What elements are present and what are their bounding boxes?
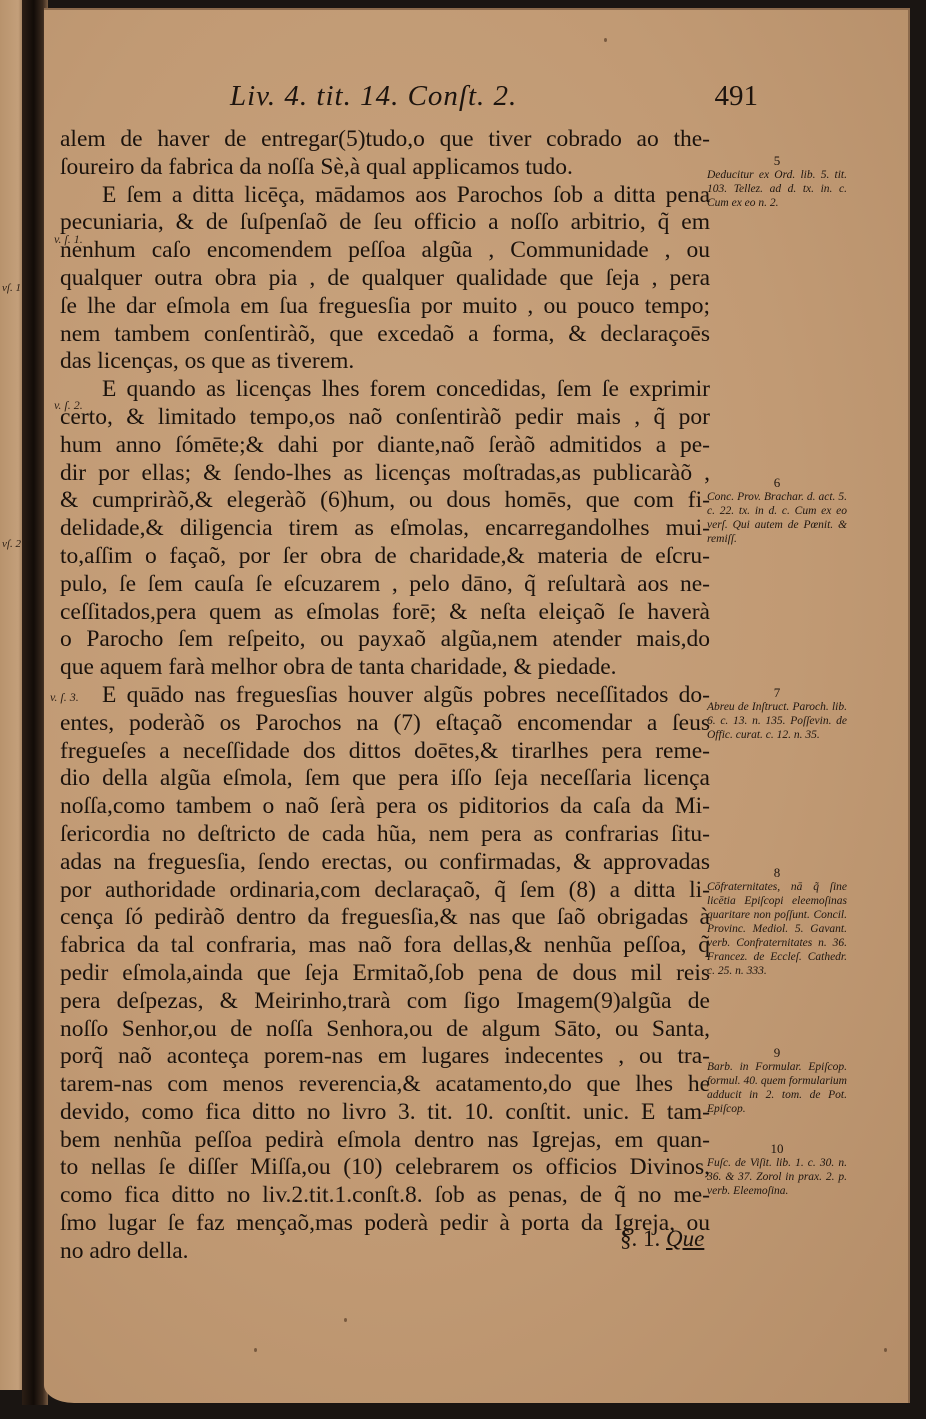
running-title: Liv. 4. tit. 14. Conſt. 2. bbox=[230, 80, 517, 113]
text-line: que aquem farà melhor obra de tanta char… bbox=[60, 654, 710, 682]
side-note-6: 6 Conc. Prov. Brachar. d. act. 5. c. 22.… bbox=[707, 476, 847, 546]
side-note-10: 10 Fuſc. de Viſit. lib. 1. c. 30. n. 36.… bbox=[707, 1142, 847, 1198]
catchword: §. 1. Que bbox=[620, 1226, 704, 1252]
text-line: to,aſſim o façaõ, por ſer obra de charid… bbox=[60, 543, 710, 571]
text-line: alem de haver de entregar(5)tudo,o que t… bbox=[60, 126, 710, 154]
page-number: 491 bbox=[715, 80, 759, 113]
text-line: pera deſpezas, & Meirinho,trarà com ſigo… bbox=[60, 988, 710, 1016]
text-line: porq̃ naõ aconteça porem-nas em lugares … bbox=[60, 1043, 710, 1071]
text-line: por authoridade ordinaria,com declaraçaõ… bbox=[60, 877, 710, 905]
text-line: pedir eſmola,ainda que ſeja Ermitaõ,ſob … bbox=[60, 960, 710, 988]
side-note-5: 5 Deducitur ex Ord. lib. 5. tit. 103. Te… bbox=[707, 154, 847, 210]
text-line: qualquer outra obra pia , de qualquer qu… bbox=[60, 265, 710, 293]
note-number: 7 bbox=[707, 686, 847, 700]
note-number: 5 bbox=[707, 154, 847, 168]
text-line: E quādo nas freguesſias houver algũs pob… bbox=[60, 682, 710, 710]
text-line: o Parocho ſem reſpeito, ou payxaõ algũa,… bbox=[60, 626, 710, 654]
text-line: fabrica da tal confraria, mas naõ fora d… bbox=[60, 932, 710, 960]
catchword-text: Que bbox=[666, 1226, 704, 1251]
text-line: noſſo Senhor,ou de noſſa Senhora,ou de a… bbox=[60, 1016, 710, 1044]
note-text: Conc. Prov. Brachar. d. act. 5. c. 22. t… bbox=[707, 490, 847, 546]
text-line: E ſem a ditta licēça, mādamos aos Paroch… bbox=[60, 182, 710, 210]
text-line: cença ſó pediràõ dentro da freguesſia,& … bbox=[60, 904, 710, 932]
text-line: dir por ellas; & ſendo-lhes as licenças … bbox=[60, 460, 710, 488]
text-line: ſmo lugar ſe faz mençaõ,mas poderà pedir… bbox=[60, 1210, 710, 1238]
text-line: to nellas ſe diſſer Miſſa,ou (10) celebr… bbox=[60, 1154, 710, 1182]
text-line: como fica ditto no liv.2.tit.1.conſt.8. … bbox=[60, 1182, 710, 1210]
text-line: no adro della. bbox=[60, 1238, 710, 1266]
facing-page-marker: vſ. 1 bbox=[2, 282, 21, 294]
note-number: 6 bbox=[707, 476, 847, 490]
section-sign: §. 1. bbox=[620, 1226, 660, 1251]
text-line: delidade,& diligencia tirem as eſmolas, … bbox=[60, 515, 710, 543]
note-text: Barb. in Formular. Epiſcop. formul. 40. … bbox=[707, 1060, 847, 1116]
note-text: Deducitur ex Ord. lib. 5. tit. 103. Tell… bbox=[707, 168, 847, 210]
text-line: entes, poderàõ os Parochos na (7) eſtaça… bbox=[60, 710, 710, 738]
facing-page-marker: vſ. 2 bbox=[2, 538, 21, 550]
note-text: Fuſc. de Viſit. lib. 1. c. 30. n. 36. & … bbox=[707, 1156, 847, 1198]
note-number: 10 bbox=[707, 1142, 847, 1156]
text-line: fregueſes a neceſſidade dos dittos doēte… bbox=[60, 738, 710, 766]
body-text: alem de haver de entregar(5)tudo,o que t… bbox=[60, 126, 710, 1266]
text-line: hum anno ſómēte;& dahi por diante,naõ ſe… bbox=[60, 432, 710, 460]
note-number: 9 bbox=[707, 1046, 847, 1060]
text-line: ſe lhe dar eſmola em ſua freguesſia por … bbox=[60, 293, 710, 321]
text-line: pulo, ſe ſem cauſa ſe eſcuzarem , pelo d… bbox=[60, 571, 710, 599]
text-line: bem nenhũa peſſoa pedirà eſmola dentro n… bbox=[60, 1127, 710, 1155]
side-note-9: 9 Barb. in Formular. Epiſcop. formul. 40… bbox=[707, 1046, 847, 1116]
text-line: nem tambem conſentiràõ, que excedaõ a fo… bbox=[60, 321, 710, 349]
text-line: E quando as licenças lhes forem concedid… bbox=[60, 376, 710, 404]
text-line: tarem-nas com menos reverencia,& acatame… bbox=[60, 1071, 710, 1099]
text-line: pecuniaria, & de ſuſpenſaõ de ſeu offici… bbox=[60, 209, 710, 237]
text-line: das licenças, os que as tiverem. bbox=[60, 348, 710, 376]
note-text: Cōfraternitates, nā q̃ ſine licētia Epiſ… bbox=[707, 880, 847, 978]
text-line: devido, como fica ditto no livro 3. tit.… bbox=[60, 1099, 710, 1127]
text-line: ſoureiro da fabrica da noſſa Sè,à qual a… bbox=[60, 154, 710, 182]
text-line: nenhum caſo encomendem peſſoa algũa , Co… bbox=[60, 237, 710, 265]
text-line: & cumpriràõ,& elegeràõ (6)hum, ou dous h… bbox=[60, 487, 710, 515]
text-line: dio della algũa eſmola, ſem que pera iſſ… bbox=[60, 765, 710, 793]
note-text: Abreu de Inſtruct. Paroch. lib. 6. c. 13… bbox=[707, 700, 847, 742]
text-line: ceſſitados,pera quem as eſmolas forē; & … bbox=[60, 599, 710, 627]
note-number: 8 bbox=[707, 866, 847, 880]
text-line: ſericordia no deſtricto de cada hũa, nem… bbox=[60, 821, 710, 849]
side-note-7: 7 Abreu de Inſtruct. Paroch. lib. 6. c. … bbox=[707, 686, 847, 742]
text-line: certo, & limitado tempo,os naõ conſentir… bbox=[60, 404, 710, 432]
side-note-8: 8 Cōfraternitates, nā q̃ ſine licētia Ep… bbox=[707, 866, 847, 978]
text-line: adas na freguesſia, ſendo erectas, ou co… bbox=[60, 849, 710, 877]
text-line: noſſa,como tambem o naõ ſerà pera os pid… bbox=[60, 793, 710, 821]
running-head: Liv. 4. tit. 14. Conſt. 2. 491 bbox=[230, 80, 790, 120]
